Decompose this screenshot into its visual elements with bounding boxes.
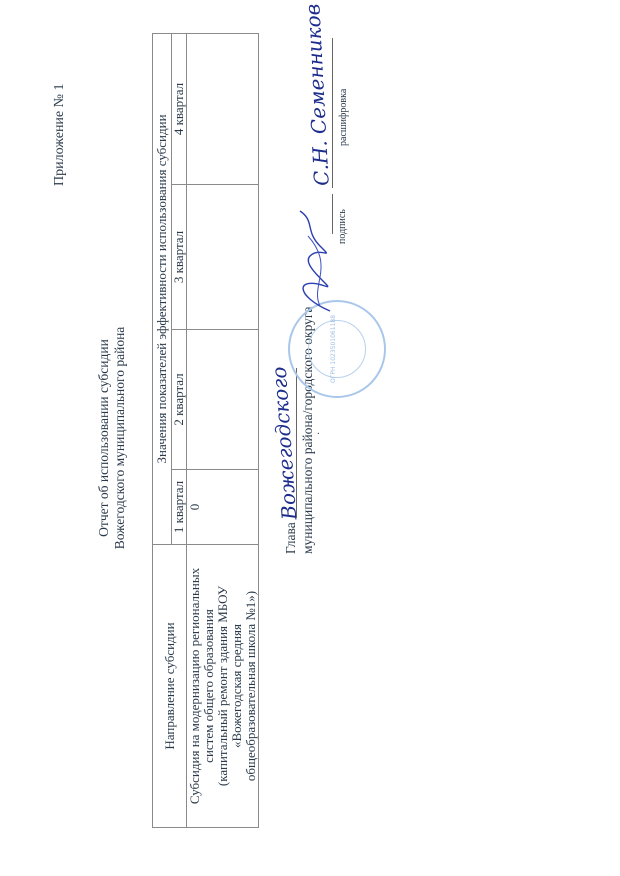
signature-line (332, 194, 333, 234)
document-page: Приложение № 1 Отчет об использовании су… (0, 0, 620, 876)
appendix-label: Приложение № 1 (52, 84, 68, 187)
stamp-inner-ring (308, 320, 366, 378)
direction-line: Субсидия на модернизацию региональных (188, 545, 202, 827)
value-q3 (187, 185, 259, 330)
header-direction: Направление субсидии (153, 545, 187, 828)
direction-line: «Вожегодская средняя (230, 545, 244, 827)
decoded-line (332, 38, 333, 188)
direction-cell: Субсидия на модернизацию региональных си… (187, 545, 259, 828)
signature-caption: подпись (337, 209, 348, 244)
header-q4: 4 квартал (172, 33, 187, 184)
report-subtitle: Вожегодского муниципального района (112, 0, 128, 876)
subsidy-table: Направление субсидии Значения показателе… (152, 33, 259, 828)
signature-line (296, 368, 297, 518)
value-q4 (187, 33, 259, 184)
handwritten-name: С.Н. Семенников (300, 3, 334, 186)
header-q3: 3 квартал (172, 185, 187, 330)
value-q1: 0 (187, 470, 259, 545)
stamp-text: ОГРН 1023501061188 (330, 302, 337, 396)
direction-line: систем общего образования (202, 545, 216, 827)
direction-line: общеобразовательная школа №1») (244, 545, 258, 827)
direction-line: (капитальный ремонт здания МБОУ (216, 545, 230, 827)
header-q2: 2 квартал (172, 330, 187, 470)
table-row: Субсидия на модернизацию региональных си… (187, 33, 259, 827)
head-label: Глава (283, 522, 299, 554)
report-title: Отчет об использовании субсидии (96, 0, 112, 876)
value-q2 (187, 330, 259, 470)
header-q1: 1 квартал (172, 470, 187, 545)
decoded-caption: расшифровка (338, 89, 349, 146)
header-indicators: Значения показателей эффективности испол… (153, 33, 172, 544)
dot-mark: · (314, 432, 325, 435)
